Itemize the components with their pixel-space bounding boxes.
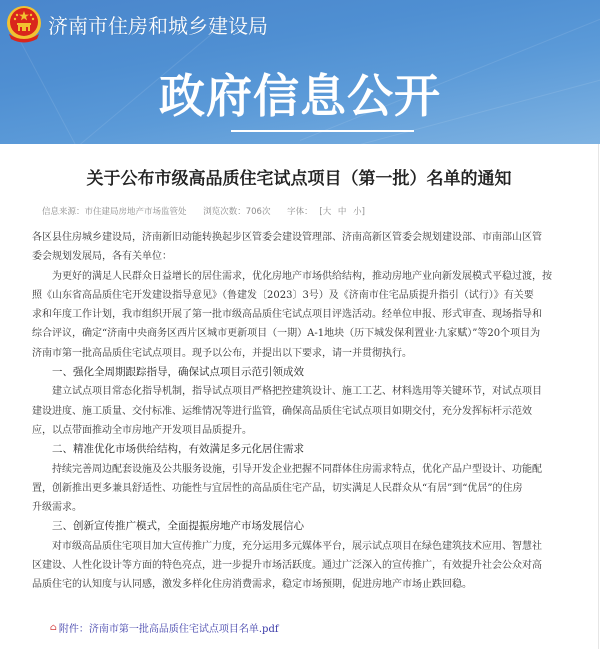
font-size-small[interactable]: 小] [353,207,365,217]
paragraph-line: 升级需求。 [32,498,572,517]
salutation-line: 委会规划发展局，各有关单位： [32,247,572,266]
paragraph-line: 建立试点项目常态化指导机制，指导试点项目严格把控建筑设计、施工工艺、材料选用等关… [32,382,572,401]
pdf-icon: ⌂ [50,623,57,633]
paragraph-line: 置，创新推出更多兼具舒适性、功能性与宜居性的高品质住宅产品，切实满足人民群众从“… [32,479,572,498]
national-emblem-icon [4,4,44,44]
font-size-medium[interactable]: 中 [338,207,347,217]
paragraph-line: 为更好的满足人民群众日益增长的居住需求，优化房地产市场供给结构，推动房地产业向新… [32,267,572,286]
attachment-link[interactable]: ⌂ 附件：济南市第一批高品质住宅试点项目名单.pdf [50,620,279,635]
paragraph-line: 品质住宅的认知度与认同感，激发多样化住房消费需求，稳定市场预期，促进房地产市场止… [32,575,572,594]
salutation-line: 各区县住房城乡建设局，济南新旧动能转换起步区管委会建设管理部、济南高新区管委会规… [32,228,572,247]
font-size-switcher: 字体： [大 中 小] [287,207,369,217]
section-heading-3: 三、创新宣传推广模式，全面提振房地产市场发展信心 [32,517,572,536]
paragraph-line: 综合评议，确定“济南中央商务区西片区城市更新项目（一期）A-1地块（历下城发保利… [32,324,572,343]
header-banner: 济南市住房和城乡建设局 政府信息公开 [0,0,600,144]
info-source: 信息来源：市住建局房地产市场监管处 [42,207,187,217]
article-title: 关于公布市级高品质住宅试点项目（第一批）名单的通知 [0,164,598,189]
paragraph-line: 建设进度、施工质量、交付标准、运维情况等进行监管，确保高品质住宅试点项目如期交付… [32,402,572,421]
section-heading-2: 二、精准优化市场供给结构，有效满足多元化居住需求 [32,440,572,459]
paragraph-line: 应，以点带面推动全市房地产开发项目品质提升。 [32,421,572,440]
paragraph-line: 照《山东省高品质住宅开发建设指导意见》（鲁建发〔2023〕3号）及《济南市住宅品… [32,286,572,305]
paragraph-line: 对市级高品质住宅项目加大宣传推广力度，充分运用多元媒体平台，展示试点项目在绿色建… [32,537,572,556]
paragraph-line: 区建设、人性化设计等方面的特色亮点，进一步提升市场活跃度。通过广泛深入的宣传推广… [32,556,572,575]
article-body: 各区县住房城乡建设局，济南新旧动能转换起步区管委会建设管理部、济南高新区管委会规… [32,228,572,595]
site-name: 济南市住房和城乡建设局 [48,10,268,39]
title-underline [231,130,414,132]
article-meta: 信息来源：市住建局房地产市场监管处 浏览次数：706次 字体： [大 中 小] [42,205,383,217]
article-panel: 关于公布市级高品质住宅试点项目（第一批）名单的通知 信息来源：市住建局房地产市场… [0,144,599,649]
paragraph-line: 济南市第一批高品质住宅试点项目。现予以公布，并提出以下要求，请一并贯彻执行。 [32,344,572,363]
site-logo[interactable]: 济南市住房和城乡建设局 [4,2,268,46]
section-title: 政府信息公开 [0,70,600,122]
font-size-large[interactable]: [大 [319,207,331,217]
paragraph-line: 持续完善周边配套设施及公共服务设施，引导开发企业把握不同群体住房需求特点，优化产… [32,460,572,479]
paragraph-line: 求和年度工作计划，我市组织开展了第一批市级高品质住宅试点项目评选活动。经单位申报… [32,305,572,324]
section-heading-1: 一、强化全周期跟踪指导，确保试点项目示范引领成效 [32,363,572,382]
view-count: 浏览次数：706次 [203,207,270,217]
font-size-label: 字体： [287,207,313,217]
attachment-label: 附件：济南市第一批高品质住宅试点项目名单.pdf [59,620,279,635]
